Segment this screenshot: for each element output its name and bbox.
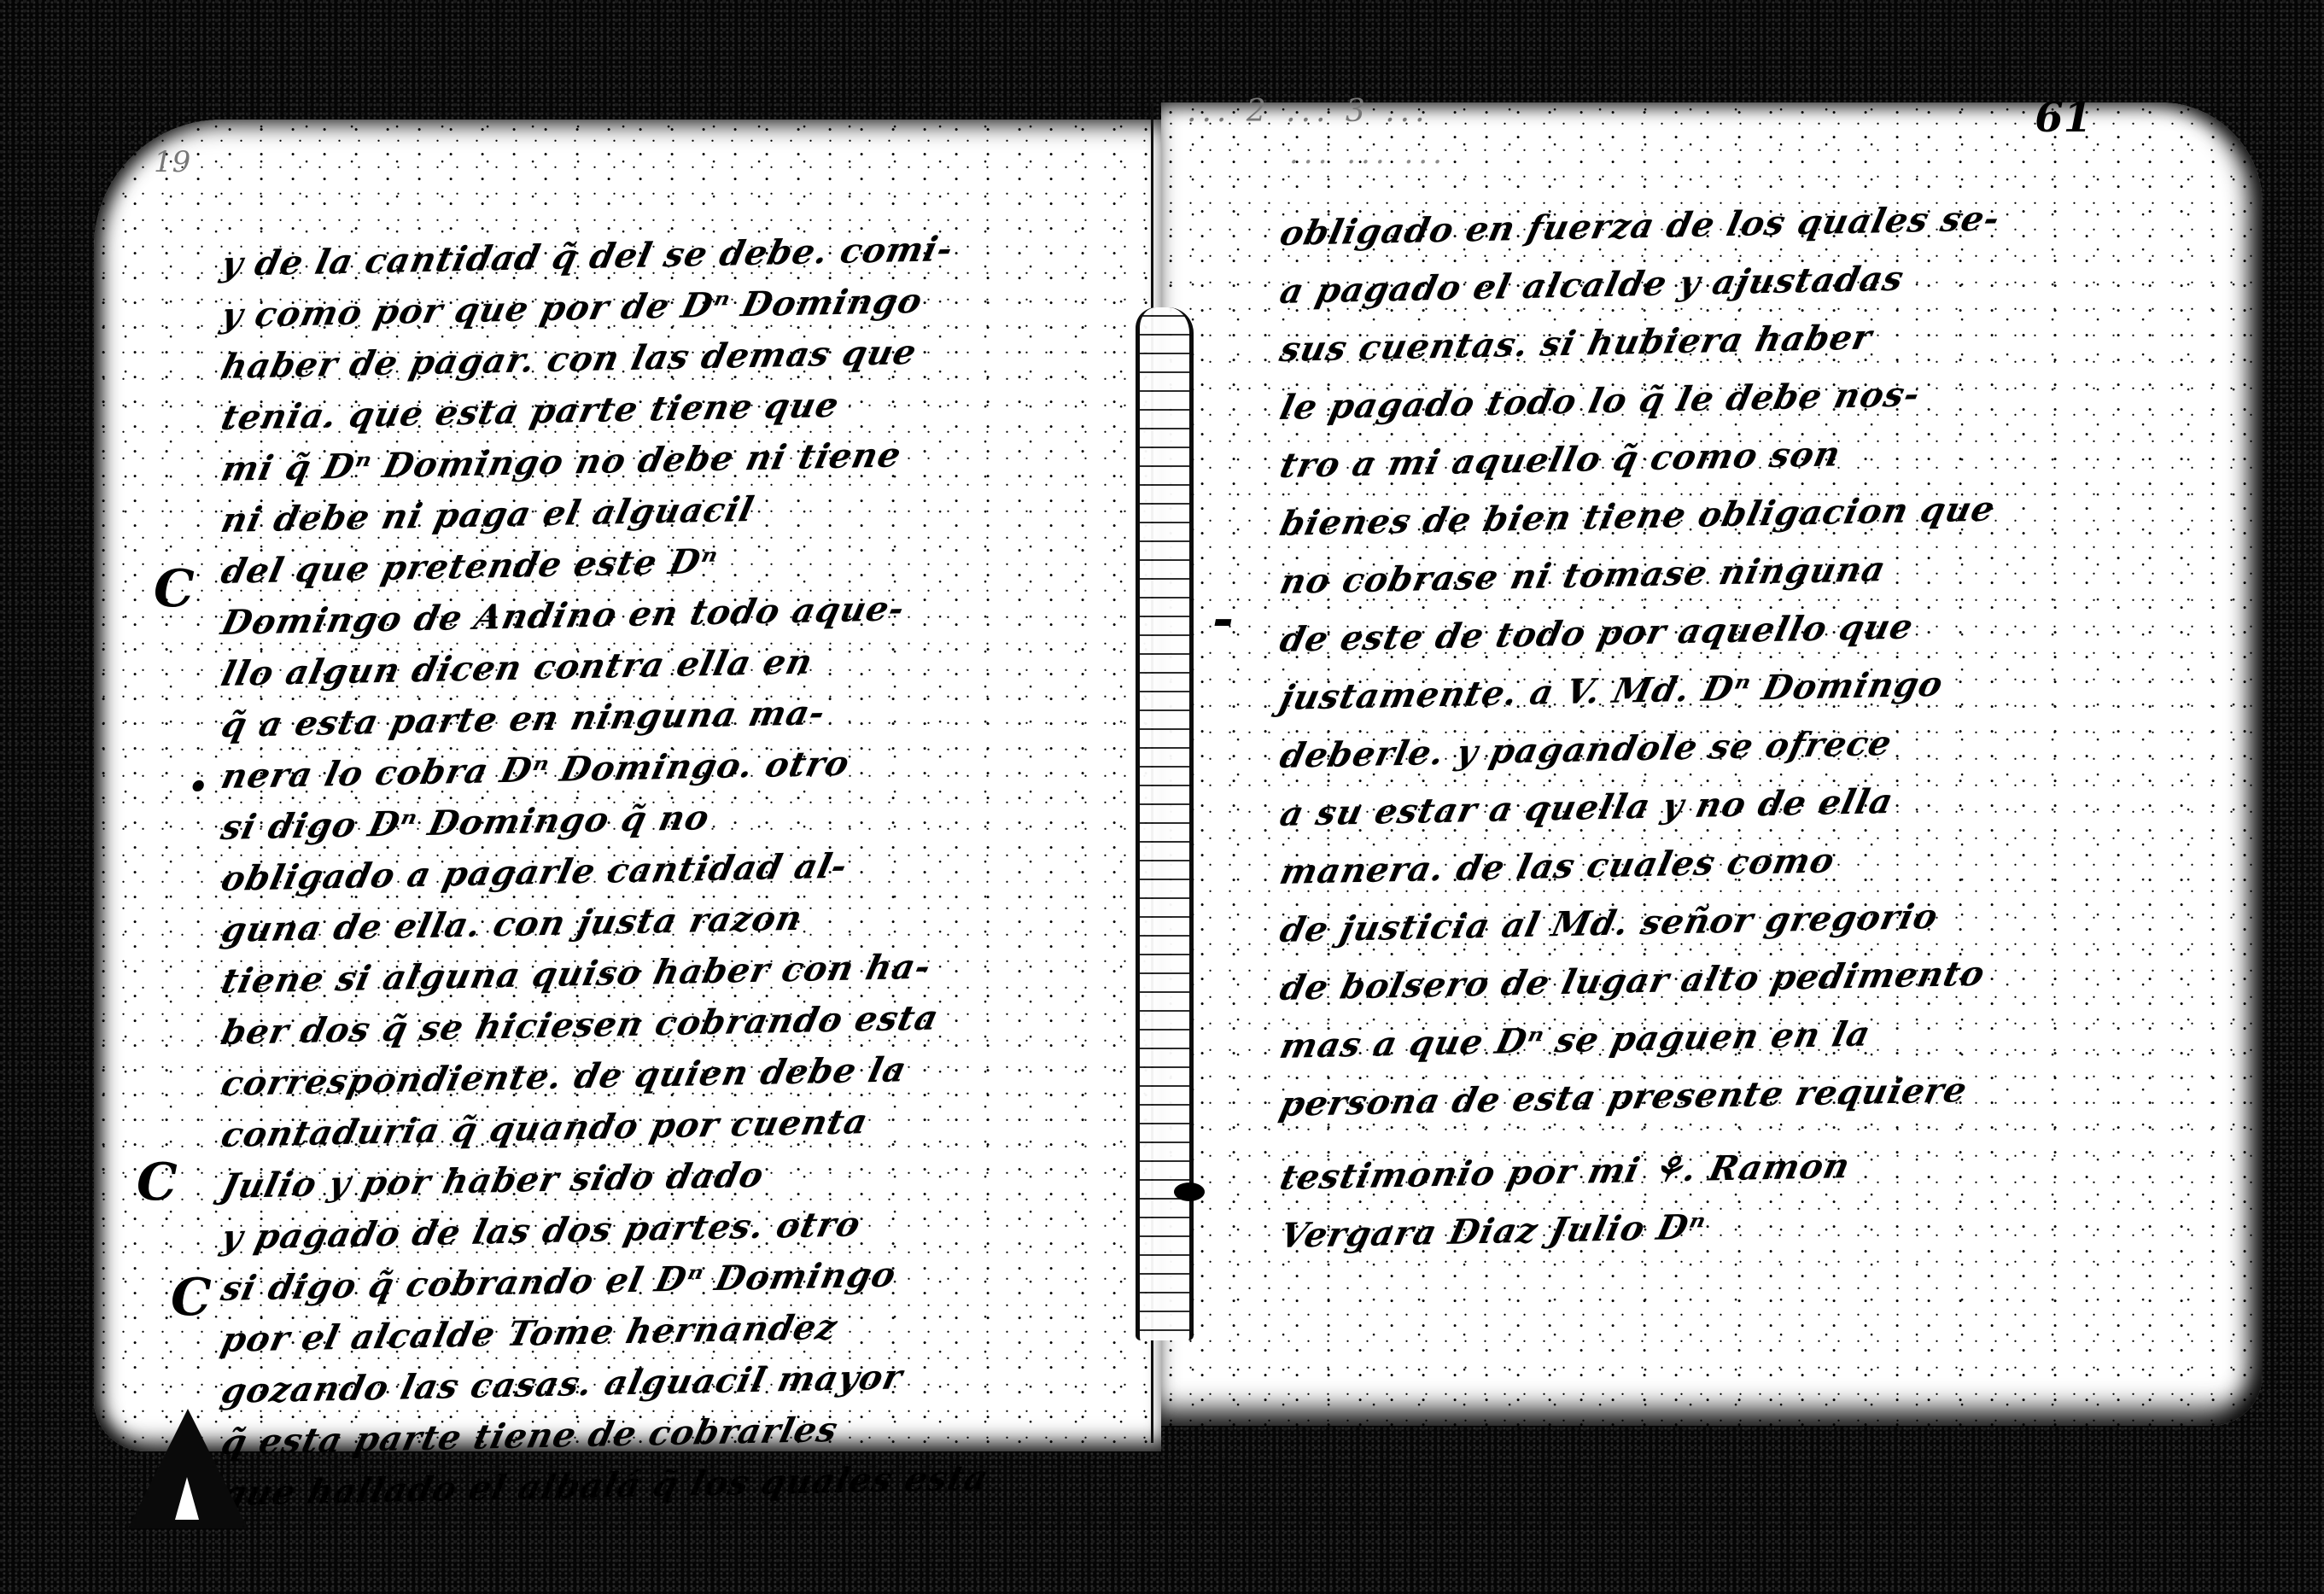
right-page-text: obligado en fuerza de los quales se- a p… [1281, 205, 1996, 1265]
faint-header-secondary: ... ... ... [1289, 137, 1447, 171]
faint-header: ... 2 ... 3 ... [1187, 94, 1430, 129]
margin-mark: C [171, 1268, 212, 1328]
left-page: 19 C C C . y de la cantidad q̃ del se de… [94, 120, 1161, 1451]
margin-mark: C [137, 1153, 178, 1212]
margin-mark: C [154, 559, 195, 619]
right-page: ... 2 ... 3 ... ... ... ... 61 - obligad… [1161, 102, 2263, 1426]
corner-tab-opening [175, 1477, 199, 1520]
manuscript-spread: 19 C C C . y de la cantidad q̃ del se de… [94, 102, 2280, 1503]
corner-note: 19 [154, 145, 190, 179]
margin-mark: - [1212, 589, 1234, 649]
margin-bullet: . [188, 734, 208, 805]
folio-number: 61 [2035, 94, 2092, 142]
left-page-text: y de la cantidad q̃ del se debe. comi- y… [222, 239, 984, 1520]
binding-knot [1174, 1182, 1205, 1201]
